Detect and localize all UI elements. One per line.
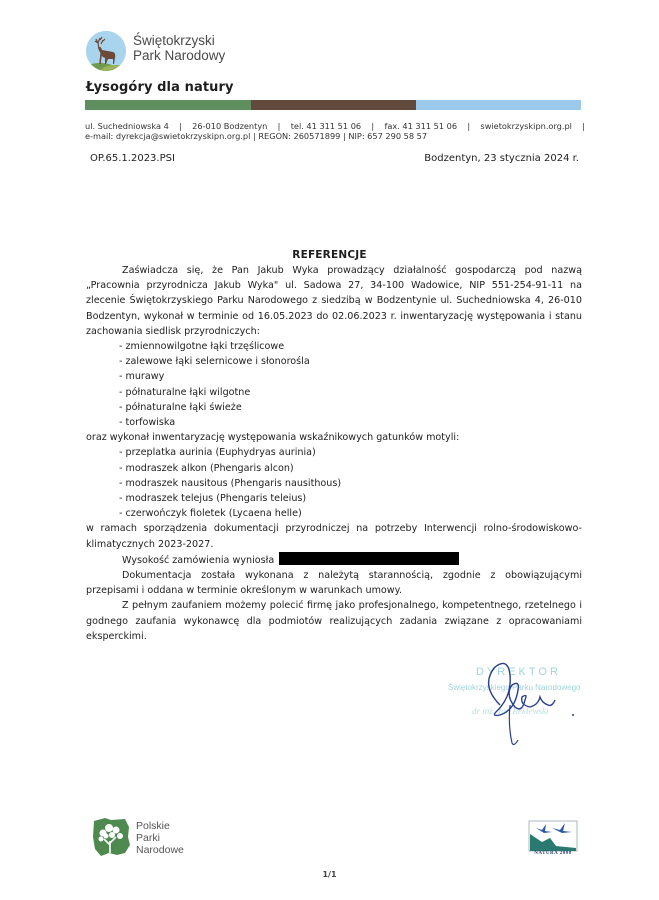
habitats-list: - zmiennowilgotne łąki trzęślicowe - zal…: [86, 339, 582, 430]
color-bar-blue: [416, 100, 581, 110]
phone: tel. 41 311 51 06: [291, 121, 361, 131]
list-item: - półnaturalne łąki wilgotne: [119, 385, 582, 400]
list-item: - czerwończyk fioletek (Lycaena helle): [119, 506, 582, 521]
tagline: Łysogóry dla natury: [86, 80, 234, 95]
purpose-paragraph: w ramach sporządzenia dokumentacji przyr…: [86, 521, 582, 551]
tree-poland-map-icon: [91, 815, 131, 859]
fax: fax. 41 311 51 06: [384, 121, 457, 131]
ppn-line3: Narodowe: [136, 844, 184, 856]
quality-paragraph: Dokumentacja została wykonana z należytą…: [86, 568, 582, 598]
reference-number: OP.65.1.2023.PSI: [90, 153, 175, 164]
redacted-amount: [279, 552, 459, 565]
list-item: - modraszek telejus (Phengaris teleius): [119, 491, 582, 506]
order-value-label: Wysokość zamówienia wyniosła: [122, 555, 274, 566]
ppn-logo-text: Polskie Parki Narodowe: [136, 820, 184, 856]
deer-on-hill-icon: [86, 31, 126, 71]
color-bar-brown: [251, 100, 416, 110]
park-name-line2: Park Narodowy: [133, 48, 225, 63]
list-item: - torfowiska: [119, 415, 582, 430]
butterflies-list: - przeplatka aurinia (Euphydryas aurinia…: [86, 445, 582, 521]
separator: |: [179, 121, 182, 131]
handwritten-signature: [470, 655, 580, 755]
recommendation-paragraph: Z pełnym zaufaniem możemy polecić firmę …: [86, 598, 582, 644]
document-body: Zaświadcza się, że Pan Jakub Wyka prowad…: [86, 263, 582, 644]
place-date: Bodzentyn, 23 stycznia 2024 r.: [424, 153, 579, 164]
park-name: Świętokrzyski Park Narodowy: [133, 33, 225, 63]
address-street: ul. Suchedniowska 4: [85, 121, 169, 131]
contact-line-2: e-mail: dyrekcja@swietokrzyskipn.org.pl …: [85, 131, 427, 141]
document-title: REFERENCJE: [0, 249, 659, 261]
park-name-line1: Świętokrzyski: [133, 33, 225, 48]
order-value-paragraph: Wysokość zamówienia wyniosła: [86, 552, 582, 568]
website: swietokrzyskipn.org.pl: [480, 121, 572, 131]
list-item: - modraszek alkon (Phengaris alcon): [119, 461, 582, 476]
color-bar-green: [85, 100, 251, 110]
natura-label: NATURA 2000: [528, 851, 578, 856]
ppn-line2: Parki: [136, 832, 184, 844]
separator: |: [582, 121, 585, 131]
intro-paragraph: Zaświadcza się, że Pan Jakub Wyka prowad…: [86, 263, 582, 339]
list-item: - przeplatka aurinia (Euphydryas aurinia…: [119, 445, 582, 460]
list-item: - murawy: [119, 369, 582, 384]
list-item: - modraszek nausitous (Phengaris nausith…: [119, 476, 582, 491]
ppn-line1: Polskie: [136, 820, 184, 832]
separator: |: [278, 121, 281, 131]
park-logo: [86, 31, 126, 71]
contact-line-1: ul. Suchedniowska 4 | 26-010 Bodzentyn |…: [85, 121, 585, 131]
address-city: 26-010 Bodzentyn: [192, 121, 267, 131]
butterflies-intro: oraz wykonał inwentaryzację występowania…: [86, 430, 582, 445]
list-item: - zalewowe łąki selernicowe i słonorośla: [119, 354, 582, 369]
list-item: - zmiennowilgotne łąki trzęślicowe: [119, 339, 582, 354]
list-item: - półnaturalne łąki świeże: [119, 400, 582, 415]
separator: |: [467, 121, 470, 131]
page-number: 1/1: [0, 870, 659, 879]
separator: |: [371, 121, 374, 131]
